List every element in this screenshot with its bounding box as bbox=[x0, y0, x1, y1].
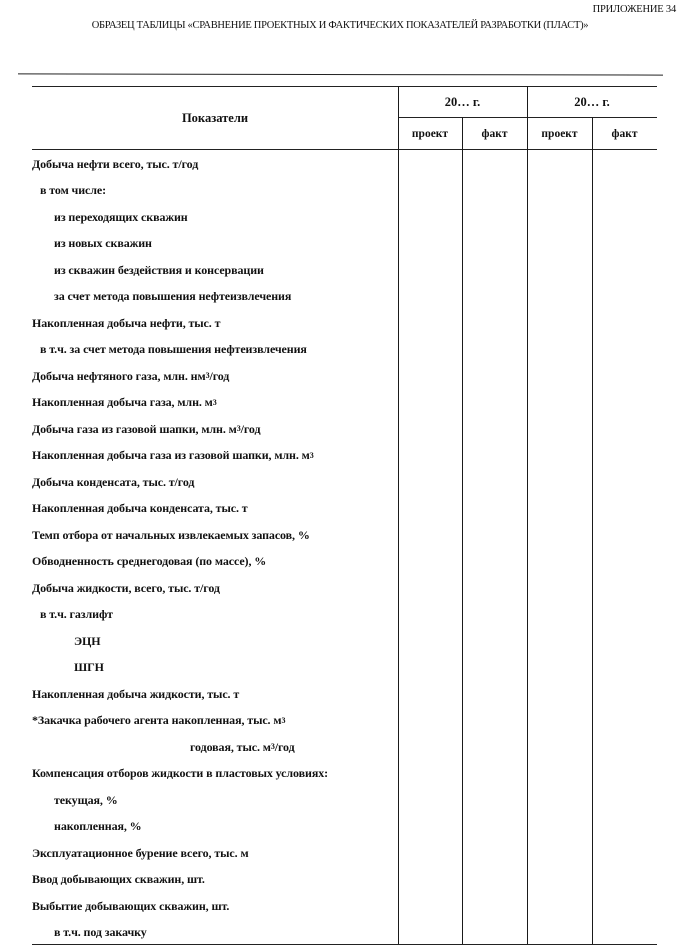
row-label: ШГН bbox=[74, 660, 104, 675]
table-row: Ввод добывающих скважин, шт. bbox=[32, 867, 205, 894]
table-row: в том числе: bbox=[32, 178, 106, 205]
table-row: в т.ч. под закачку bbox=[32, 920, 147, 946]
comparison-table: Показатели 20… г. 20… г. проект факт про… bbox=[32, 86, 657, 946]
indicator-column-header: Показатели bbox=[32, 87, 398, 149]
row-label: Темп отбора от начальных извлекаемых зап… bbox=[32, 528, 310, 543]
table-row: Накопленная добыча газа из газовой шапки… bbox=[32, 443, 314, 470]
year-header-1: 20… г. bbox=[398, 87, 527, 118]
table-row: *Закачка рабочего агента накопленная, ты… bbox=[32, 708, 285, 735]
table-row: Компенсация отборов жидкости в пластовых… bbox=[32, 761, 328, 788]
unit-suffix: /год bbox=[209, 369, 229, 384]
table-row: Темп отбора от начальных извлекаемых зап… bbox=[32, 522, 310, 549]
row-label: из переходящих скважин bbox=[54, 210, 188, 225]
table-row: Накопленная добыча нефти, тыс. т bbox=[32, 310, 220, 337]
row-label: Накопленная добыча газа из газовой шапки… bbox=[32, 448, 310, 463]
table-header: Показатели 20… г. 20… г. проект факт про… bbox=[32, 86, 657, 150]
year-header-2: 20… г. bbox=[527, 87, 657, 118]
row-label: из новых скважин bbox=[54, 236, 152, 251]
unit-suffix: /год bbox=[275, 740, 295, 755]
row-label: *Закачка рабочего агента накопленная, ты… bbox=[32, 713, 281, 728]
table-row: годовая, тыс. м3/год bbox=[32, 734, 295, 761]
table-row: Добыча нефти всего, тыс. т/год bbox=[32, 151, 198, 178]
table-row: Накопленная добыча конденсата, тыс. т bbox=[32, 496, 248, 523]
table-row: Эксплуатационное бурение всего, тыс. м bbox=[32, 840, 249, 867]
row-label: Накопленная добыча конденсата, тыс. т bbox=[32, 501, 248, 516]
table-row: ШГН bbox=[32, 655, 104, 682]
row-label: годовая, тыс. м bbox=[190, 740, 271, 755]
year1-fact-header: факт bbox=[462, 118, 527, 149]
table-row: накопленная, % bbox=[32, 814, 142, 841]
table-row: Выбытие добывающих скважин, шт. bbox=[32, 893, 229, 920]
row-label: Обводненность среднегодовая (по массе), … bbox=[32, 554, 266, 569]
table-row: из переходящих скважин bbox=[32, 204, 188, 231]
row-label: Накопленная добыча жидкости, тыс. т bbox=[32, 687, 239, 702]
row-label: Выбытие добывающих скважин, шт. bbox=[32, 899, 229, 914]
table-row: Добыча нефтяного газа, млн. нм3/год bbox=[32, 363, 229, 390]
row-label: в т.ч. за счет метода повышения нефтеизв… bbox=[40, 342, 307, 357]
unit-suffix: /год bbox=[241, 422, 261, 437]
row-label: в т.ч. газлифт bbox=[40, 607, 113, 622]
year2-project-header: проект bbox=[527, 118, 592, 149]
row-label: текущая, % bbox=[54, 793, 118, 808]
row-label: Добыча жидкости, всего, тыс. т/год bbox=[32, 581, 220, 596]
row-label: Ввод добывающих скважин, шт. bbox=[32, 872, 205, 887]
table-row: из скважин бездействия и консервации bbox=[32, 257, 264, 284]
row-label: в том числе: bbox=[40, 183, 106, 198]
row-label: Компенсация отборов жидкости в пластовых… bbox=[32, 766, 328, 781]
table-row: Накопленная добыча газа, млн. м3 bbox=[32, 390, 217, 417]
row-label: Добыча нефти всего, тыс. т/год bbox=[32, 157, 198, 172]
row-label: Накопленная добыча нефти, тыс. т bbox=[32, 316, 220, 331]
row-label: Накопленная добыча газа, млн. м bbox=[32, 395, 213, 410]
year1-project-header: проект bbox=[398, 118, 462, 149]
table-body: Добыча нефти всего, тыс. т/годв том числ… bbox=[32, 150, 657, 946]
row-label: в т.ч. под закачку bbox=[54, 925, 147, 940]
table-row: за счет метода повышения нефтеизвлечения bbox=[32, 284, 291, 311]
row-label: из скважин бездействия и консервации bbox=[54, 263, 264, 278]
row-label: ЭЦН bbox=[74, 634, 101, 649]
table-row: ЭЦН bbox=[32, 628, 101, 655]
row-label: Добыча конденсата, тыс. т/год bbox=[32, 475, 194, 490]
table-row: Обводненность среднегодовая (по массе), … bbox=[32, 549, 266, 576]
row-label: за счет метода повышения нефтеизвлечения bbox=[54, 289, 291, 304]
top-rule bbox=[18, 73, 663, 75]
bottom-rule bbox=[32, 944, 657, 945]
row-label: Добыча нефтяного газа, млн. нм bbox=[32, 369, 206, 384]
table-row: Добыча газа из газовой шапки, млн. м3/го… bbox=[32, 416, 260, 443]
row-label: Эксплуатационное бурение всего, тыс. м bbox=[32, 846, 249, 861]
table-row: Добыча конденсата, тыс. т/год bbox=[32, 469, 194, 496]
row-label: Добыча газа из газовой шапки, млн. м bbox=[32, 422, 237, 437]
table-row: в т.ч. газлифт bbox=[32, 602, 113, 629]
table-row: из новых скважин bbox=[32, 231, 152, 258]
appendix-label: ПРИЛОЖЕНИЕ 34 bbox=[593, 4, 676, 15]
year2-fact-header: факт bbox=[592, 118, 657, 149]
table-row: Добыча жидкости, всего, тыс. т/год bbox=[32, 575, 220, 602]
table-row: Накопленная добыча жидкости, тыс. т bbox=[32, 681, 239, 708]
table-row: текущая, % bbox=[32, 787, 118, 814]
document-title: ОБРАЗЕЦ ТАБЛИЦЫ «СРАВНЕНИЕ ПРОЕКТНЫХ И Ф… bbox=[0, 20, 680, 31]
row-label: накопленная, % bbox=[54, 819, 142, 834]
table-row: в т.ч. за счет метода повышения нефтеизв… bbox=[32, 337, 307, 364]
